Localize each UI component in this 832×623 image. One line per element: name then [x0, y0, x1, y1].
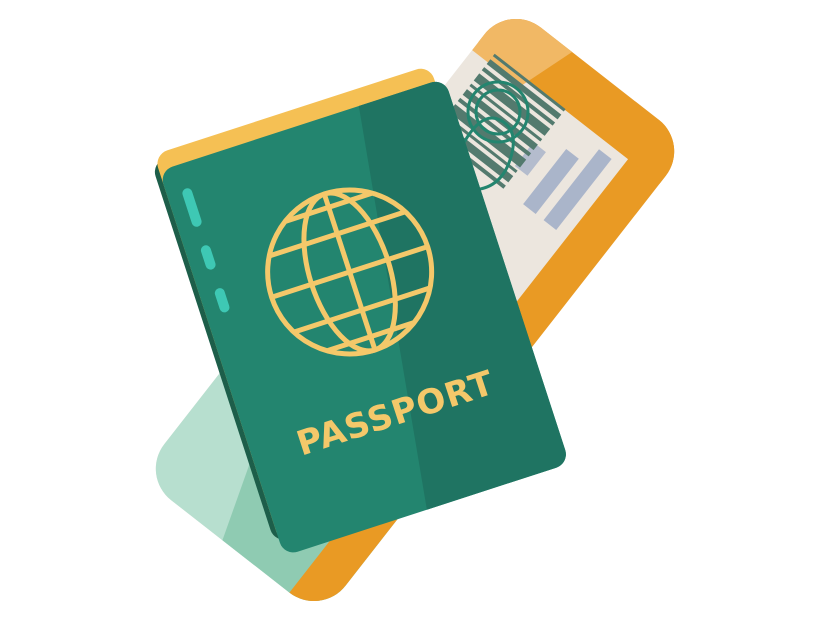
travel-illustration: B PASSPORT	[0, 0, 832, 623]
